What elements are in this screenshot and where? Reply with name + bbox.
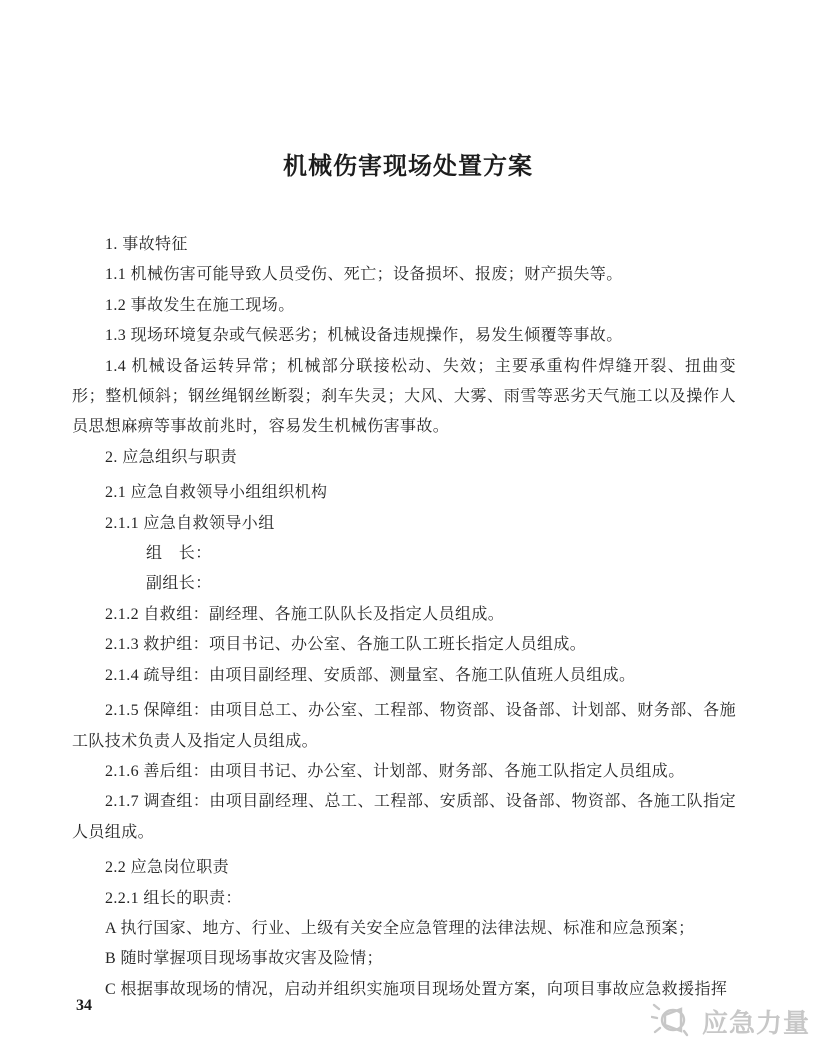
paragraph-2-1-3: 2.1.3 救护组：项目书记、办公室、各施工队工班长指定人员组成。: [72, 630, 736, 660]
paragraph-1-1: 1.1 机械伤害可能导致人员受伤、死亡；设备损坏、报废；财产损失等。: [72, 260, 736, 290]
paragraph-2-2-1: 2.2.1 组长的职责：: [72, 884, 736, 914]
megaphone-icon: [651, 1001, 697, 1041]
page-number: 34: [76, 997, 92, 1015]
paragraph-2-1-1: 2.1.1 应急自救领导小组: [72, 509, 736, 539]
paragraph-2-1-2: 2.1.2 自救组：副经理、各施工队队长及指定人员组成。: [72, 600, 736, 630]
paragraph-2-1-4: 2.1.4 疏导组：由项目副经理、安质部、测量室、各施工队值班人员组成。: [72, 661, 736, 691]
paragraph-2-1-7: 2.1.7 调查组：由项目副经理、总工、工程部、安质部、设备部、物资部、各施工队…: [72, 787, 736, 848]
paragraph-1-heading: 1. 事故特征: [72, 230, 736, 260]
paragraph-2-2: 2.2 应急岗位职责: [72, 853, 736, 883]
document-body: 1. 事故特征 1.1 机械伤害可能导致人员受伤、死亡；设备损坏、报废；财产损失…: [72, 230, 736, 1005]
page-title: 机械伤害现场处置方案: [0, 146, 816, 181]
watermark-text: 应急力量: [702, 1003, 810, 1040]
duty-item-a: A 执行国家、地方、行业、上级有关安全应急管理的法律法规、标准和应急预案；: [72, 914, 736, 944]
paragraph-1-2: 1.2 事故发生在施工现场。: [72, 291, 736, 321]
duty-item-c: C 根据事故现场的情况，启动并组织实施项目现场处置方案，向项目事故应急救援指挥: [72, 975, 736, 1005]
paragraph-2-heading: 2. 应急组织与职责: [72, 443, 736, 473]
paragraph-1-4: 1.4 机械设备运转异常；机械部分联接松动、失效；主要承重构件焊缝开裂、扭曲变形…: [72, 352, 736, 443]
watermark: 应急力量: [651, 1001, 810, 1041]
duty-item-b: B 随时掌握项目现场事故灾害及险情；: [72, 944, 736, 974]
paragraph-1-3: 1.3 现场环境复杂或气候恶劣；机械设备违规操作，易发生倾覆等事故。: [72, 321, 736, 351]
paragraph-2-1-6: 2.1.6 善后组：由项目书记、办公室、计划部、财务部、各施工队指定人员组成。: [72, 757, 736, 787]
leader-line: 组 长：: [72, 539, 736, 569]
paragraph-2-1: 2.1 应急自救领导小组组织机构: [72, 478, 736, 508]
document-page: 机械伤害现场处置方案 1. 事故特征 1.1 机械伤害可能导致人员受伤、死亡；设…: [0, 0, 816, 1056]
paragraph-2-1-5: 2.1.5 保障组：由项目总工、办公室、工程部、物资部、设备部、计划部、财务部、…: [72, 696, 736, 757]
vice-leader-line: 副组长：: [72, 569, 736, 599]
